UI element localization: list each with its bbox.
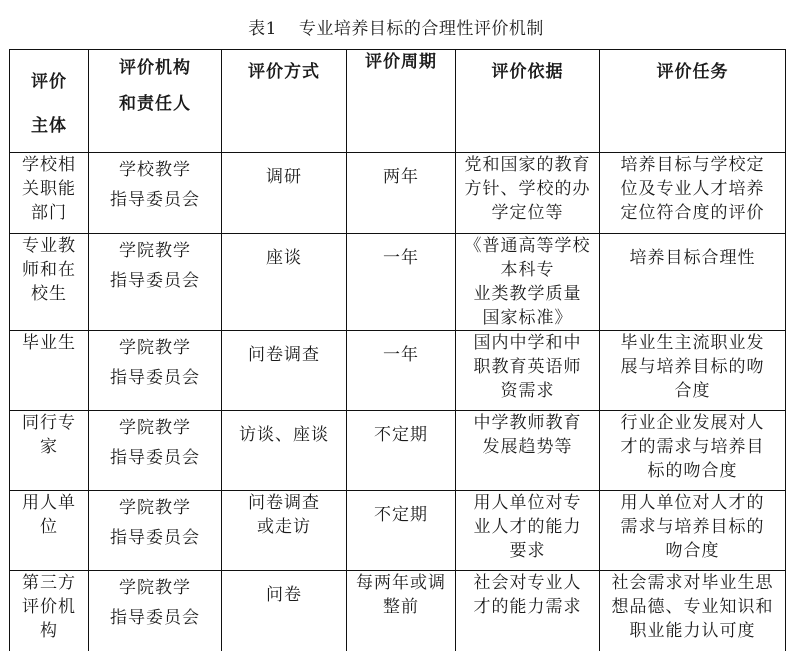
cell-org: 学院教学指导委员会 bbox=[89, 331, 222, 411]
table-row: 专业教师和在校生学院教学指导委员会座谈一年《普通高等学校本科专业类教学质量国家标… bbox=[10, 234, 786, 331]
cell-org: 学院教学指导委员会 bbox=[89, 571, 222, 651]
cell-text-line: 展与培养目标的吻 bbox=[603, 355, 782, 379]
table-row: 第三方评价机构学院教学指导委员会问卷每两年或调整前社会对专业人才的能力需求社会需… bbox=[10, 571, 786, 651]
cell-text-line: 师和在 bbox=[13, 258, 85, 282]
cell-text-line: 问卷 bbox=[225, 583, 343, 607]
evaluation-mechanism-table: 评价主体 评价机构和责任人 评价方式 评价周期 评价依据 评价任务 学校相关职能… bbox=[9, 49, 786, 651]
cell-method: 访谈、座谈 bbox=[222, 411, 347, 491]
table-row: 毕业生学院教学指导委员会问卷调查一年国内中学和中职教育英语师资需求毕业生主流职业… bbox=[10, 331, 786, 411]
cell-text-line: 一年 bbox=[350, 246, 452, 270]
cell-text-line: 不定期 bbox=[350, 503, 452, 527]
cell-text-line: 标的吻合度 bbox=[603, 459, 782, 483]
cell-text-line: 指导委员会 bbox=[92, 185, 218, 215]
cell-text-line: 培养目标与学校定 bbox=[603, 153, 782, 177]
cell-text-line: 职业能力认可度 bbox=[603, 619, 782, 643]
cell-text-line: 问卷调查 bbox=[225, 343, 343, 367]
cell-task: 行业企业发展对人才的需求与培养目标的吻合度 bbox=[600, 411, 786, 491]
cell-method: 座谈 bbox=[222, 234, 347, 331]
cell-basis: 国内中学和中职教育英语师资需求 bbox=[456, 331, 600, 411]
cell-text-line: 问卷调查 bbox=[225, 491, 343, 515]
cell-text-line: 学校教学 bbox=[92, 155, 218, 185]
cell-subject: 学校相关职能部门 bbox=[10, 153, 89, 234]
cell-text-line: 学校相 bbox=[13, 153, 85, 177]
cell-text-line: 位 bbox=[13, 515, 85, 539]
header-basis: 评价依据 bbox=[456, 50, 600, 153]
header-subject: 评价主体 bbox=[10, 50, 89, 153]
cell-text-line: 资需求 bbox=[459, 379, 596, 403]
cell-text-line: 本科专 bbox=[459, 258, 596, 282]
cell-text-line: 行业企业发展对人 bbox=[603, 411, 782, 435]
cell-text-line: 或走访 bbox=[225, 515, 343, 539]
cell-text-line: 发展趋势等 bbox=[459, 435, 596, 459]
header-method: 评价方式 bbox=[222, 50, 347, 153]
cell-text-line: 每两年或调 bbox=[350, 571, 452, 595]
cell-text-line: 业类教学质量 bbox=[459, 282, 596, 306]
cell-subject: 专业教师和在校生 bbox=[10, 234, 89, 331]
cell-text-line: 毕业生主流职业发 bbox=[603, 331, 782, 355]
cell-cycle: 一年 bbox=[347, 234, 456, 331]
cell-text-line: 合度 bbox=[603, 379, 782, 403]
header-organization: 评价机构和责任人 bbox=[89, 50, 222, 153]
cell-task: 培养目标合理性 bbox=[600, 234, 786, 331]
cell-text-line: 专业教 bbox=[13, 234, 85, 258]
cell-text-line: 整前 bbox=[350, 595, 452, 619]
cell-basis: 中学教师教育发展趋势等 bbox=[456, 411, 600, 491]
cell-text-line: 指导委员会 bbox=[92, 443, 218, 473]
cell-text-line: 想品德、专业知识和 bbox=[603, 595, 782, 619]
cell-text-line: 毕业生 bbox=[13, 331, 85, 355]
table-row: 同行专家学院教学指导委员会访谈、座谈不定期中学教师教育发展趋势等行业企业发展对人… bbox=[10, 411, 786, 491]
table-header-row: 评价主体 评价机构和责任人 评价方式 评价周期 评价依据 评价任务 bbox=[10, 50, 786, 153]
cell-text-line: 职教育英语师 bbox=[459, 355, 596, 379]
caption-number: 表1 bbox=[248, 19, 277, 39]
table-row: 用人单位学院教学指导委员会问卷调查或走访不定期用人单位对专业人才的能力要求用人单… bbox=[10, 491, 786, 571]
cell-text-line: 社会对专业人 bbox=[459, 571, 596, 595]
cell-text-line: 两年 bbox=[350, 165, 452, 189]
cell-text-line: 学院教学 bbox=[92, 413, 218, 443]
cell-text-line: 要求 bbox=[459, 539, 596, 563]
cell-task: 毕业生主流职业发展与培养目标的吻合度 bbox=[600, 331, 786, 411]
cell-text-line: 需求与培养目标的 bbox=[603, 515, 782, 539]
cell-text-line: 培养目标合理性 bbox=[603, 246, 782, 270]
cell-text-line: 用人单位对专 bbox=[459, 491, 596, 515]
cell-text-line: 家 bbox=[13, 435, 85, 459]
cell-text-line: 学院教学 bbox=[92, 333, 218, 363]
cell-text-line: 学院教学 bbox=[92, 573, 218, 603]
cell-text-line: 同行专 bbox=[13, 411, 85, 435]
cell-text-line: 《普通高等学校 bbox=[459, 234, 596, 258]
cell-org: 学院教学指导委员会 bbox=[89, 411, 222, 491]
cell-task: 社会需求对毕业生思想品德、专业知识和职业能力认可度 bbox=[600, 571, 786, 651]
header-task: 评价任务 bbox=[600, 50, 786, 153]
cell-text-line: 调研 bbox=[225, 165, 343, 189]
cell-text-line: 第三方 bbox=[13, 571, 85, 595]
cell-text-line: 指导委员会 bbox=[92, 523, 218, 553]
cell-basis: 社会对专业人才的能力需求 bbox=[456, 571, 600, 651]
cell-basis: 用人单位对专业人才的能力要求 bbox=[456, 491, 600, 571]
table-row: 学校相关职能部门学校教学指导委员会调研两年党和国家的教育方针、学校的办学定位等培… bbox=[10, 153, 786, 234]
cell-text-line: 指导委员会 bbox=[92, 363, 218, 393]
cell-text-line: 吻合度 bbox=[603, 539, 782, 563]
cell-text-line: 评价机 bbox=[13, 595, 85, 619]
cell-text-line: 国内中学和中 bbox=[459, 331, 596, 355]
cell-method: 问卷调查或走访 bbox=[222, 491, 347, 571]
cell-method: 问卷 bbox=[222, 571, 347, 651]
cell-text-line: 指导委员会 bbox=[92, 603, 218, 633]
cell-text-line: 才的需求与培养目 bbox=[603, 435, 782, 459]
cell-text-line: 社会需求对毕业生思 bbox=[603, 571, 782, 595]
cell-text-line: 校生 bbox=[13, 282, 85, 306]
cell-text-line: 一年 bbox=[350, 343, 452, 367]
cell-text-line: 国家标准》 bbox=[459, 306, 596, 330]
cell-text-line: 定位符合度的评价 bbox=[603, 201, 782, 225]
cell-cycle: 不定期 bbox=[347, 491, 456, 571]
cell-text-line: 学院教学 bbox=[92, 236, 218, 266]
cell-text-line: 方针、学校的办 bbox=[459, 177, 596, 201]
cell-text-line: 座谈 bbox=[225, 246, 343, 270]
table-caption: 表1专业培养目标的合理性评价机制 bbox=[0, 14, 792, 39]
cell-method: 调研 bbox=[222, 153, 347, 234]
cell-basis: 党和国家的教育方针、学校的办学定位等 bbox=[456, 153, 600, 234]
cell-task: 用人单位对人才的需求与培养目标的吻合度 bbox=[600, 491, 786, 571]
cell-subject: 用人单位 bbox=[10, 491, 89, 571]
cell-subject: 第三方评价机构 bbox=[10, 571, 89, 651]
cell-cycle: 一年 bbox=[347, 331, 456, 411]
cell-cycle: 不定期 bbox=[347, 411, 456, 491]
cell-method: 问卷调查 bbox=[222, 331, 347, 411]
header-cycle: 评价周期 bbox=[347, 50, 456, 153]
cell-text-line: 构 bbox=[13, 619, 85, 643]
cell-text-line: 业人才的能力 bbox=[459, 515, 596, 539]
cell-text-line: 访谈、座谈 bbox=[225, 423, 343, 447]
cell-text-line: 关职能 bbox=[13, 177, 85, 201]
cell-cycle: 两年 bbox=[347, 153, 456, 234]
cell-org: 学校教学指导委员会 bbox=[89, 153, 222, 234]
cell-org: 学院教学指导委员会 bbox=[89, 234, 222, 331]
cell-subject: 毕业生 bbox=[10, 331, 89, 411]
cell-text-line: 才的能力需求 bbox=[459, 595, 596, 619]
cell-cycle: 每两年或调整前 bbox=[347, 571, 456, 651]
cell-text-line: 用人单位对人才的 bbox=[603, 491, 782, 515]
cell-text-line: 指导委员会 bbox=[92, 266, 218, 296]
cell-text-line: 中学教师教育 bbox=[459, 411, 596, 435]
cell-text-line: 用人单 bbox=[13, 491, 85, 515]
cell-org: 学院教学指导委员会 bbox=[89, 491, 222, 571]
cell-text-line: 学定位等 bbox=[459, 201, 596, 225]
cell-subject: 同行专家 bbox=[10, 411, 89, 491]
cell-text-line: 部门 bbox=[13, 201, 85, 225]
caption-title: 专业培养目标的合理性评价机制 bbox=[299, 19, 544, 39]
cell-task: 培养目标与学校定位及专业人才培养定位符合度的评价 bbox=[600, 153, 786, 234]
cell-text-line: 位及专业人才培养 bbox=[603, 177, 782, 201]
cell-text-line: 学院教学 bbox=[92, 493, 218, 523]
cell-basis: 《普通高等学校本科专业类教学质量国家标准》 bbox=[456, 234, 600, 331]
cell-text-line: 不定期 bbox=[350, 423, 452, 447]
cell-text-line: 党和国家的教育 bbox=[459, 153, 596, 177]
